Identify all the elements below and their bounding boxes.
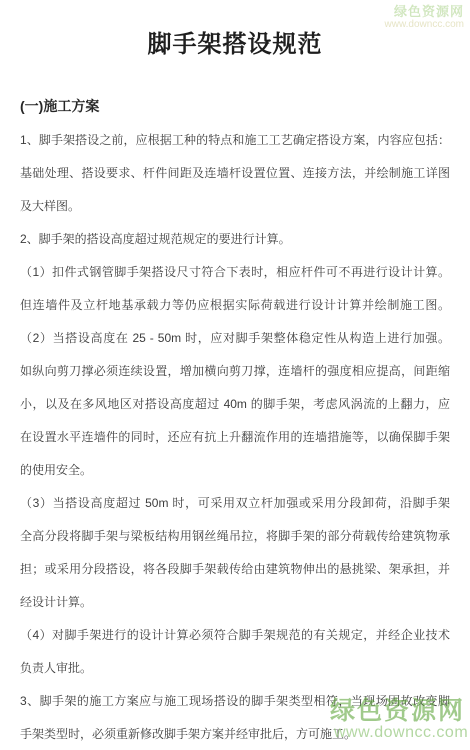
document-line: （4）对脚手架进行的设计计算必须符合脚手架规范的有关规定，并经企业技术: [20, 619, 450, 652]
document-line: 2、脚手架的搭设高度超过规范规定的要进行计算。: [20, 223, 450, 256]
document-line: （3）当搭设高度超过 50m 时，可采用双立杆加强或采用分段卸荷，沿脚手架: [20, 487, 450, 520]
document-line: 1、脚手架搭设之前，应根据工种的特点和施工工艺确定搭设方案，内容应包括：: [20, 124, 450, 157]
document-line: 的使用安全。: [20, 454, 450, 487]
document-line: 小，以及在多风地区对搭设高度超过 40m 的脚手架，考虑风涡流的上翻力，应: [20, 388, 450, 421]
document-line: 经设计计算。: [20, 586, 450, 619]
document-line: 及大样图。: [20, 190, 450, 223]
document-line: 3、脚手架的施工方案应与施工现场搭设的脚手架类型相符，当现场固故改变脚: [20, 685, 450, 718]
document-line: 担；或采用分段搭设，将各段脚手架载传给由建筑物伸出的悬挑梁、架承担，并: [20, 553, 450, 586]
document-line: 全高分段将脚手架与梁板结构用钢丝绳吊拉，将脚手架的部分荷载传给建筑物承: [20, 520, 450, 553]
document-line: 但连墙件及立杆地基承载力等仍应根据实际荷载进行设计计算并绘制施工图。: [20, 289, 450, 322]
document-title: 脚手架搭设规范: [0, 0, 470, 62]
document-line: （1）扣件式钢管脚手架搭设尺寸符合下表时，相应杆件可不再进行设计计算。: [20, 256, 450, 289]
document-line: 基础处理、搭设要求、杆件间距及连墙杆设置位置、连接方法，并绘制施工详图: [20, 157, 450, 190]
document-line: （2）当搭设高度在 25 - 50m 时，应对脚手架整体稳定性从构造上进行加强。: [20, 322, 450, 355]
document-line: 如纵向剪刀撑必须连续设置，增加横向剪刀撑，连墙杆的强度相应提高，间距缩: [20, 355, 450, 388]
document-body: 1、脚手架搭设之前，应根据工种的特点和施工工艺确定搭设方案，内容应包括： 基础处…: [20, 124, 450, 750]
document-line: 负责人审批。: [20, 652, 450, 685]
section-heading: (一)施工方案: [20, 98, 450, 114]
document-page: 脚手架搭设规范 (一)施工方案 1、脚手架搭设之前，应根据工种的特点和施工工艺确…: [0, 0, 470, 750]
document-line: 手架类型时，必须重新修改脚手架方案并经审批后，方可施工。: [20, 718, 450, 750]
document-line: 在设置水平连墙件的同时，还应有抗上升翻流作用的连墙措施等，以确保脚手架: [20, 421, 450, 454]
